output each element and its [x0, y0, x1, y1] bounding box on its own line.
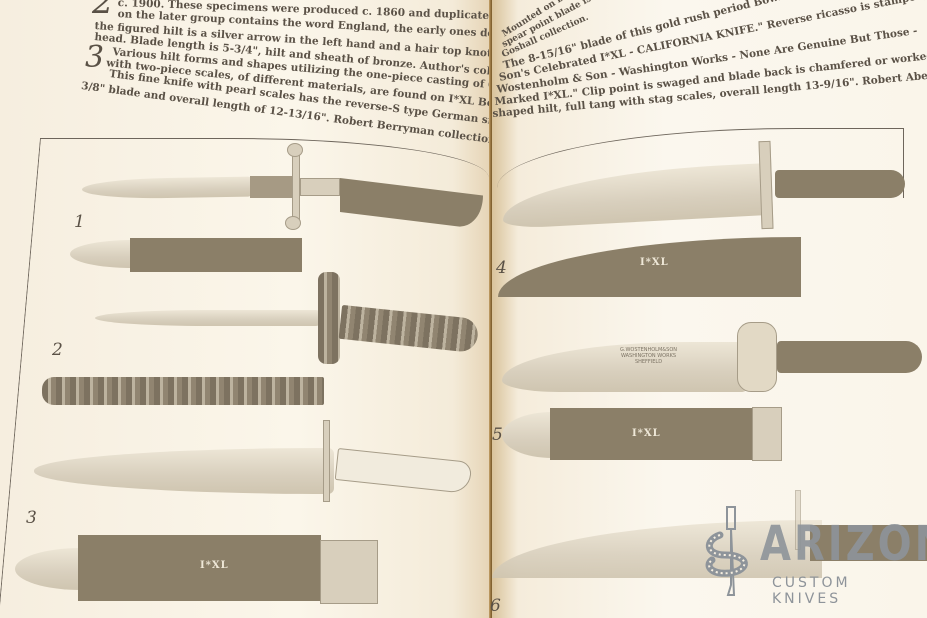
- plate-number: 3: [26, 508, 37, 528]
- bowie-guard: [323, 420, 330, 502]
- plate-number: 6: [490, 596, 501, 616]
- dagger-figural-guard: [318, 272, 340, 364]
- blade-stamp: G.WOSTENHOLM&SON WASHINGTON WORKS SHEFFI…: [620, 347, 677, 365]
- blade-stamp-line: SHEFFIELD: [620, 359, 677, 365]
- snake-dagger-icon: [700, 505, 760, 600]
- ornate-sheath: [42, 377, 324, 405]
- guard-finial: [287, 143, 303, 157]
- dagger-blade: [95, 310, 320, 326]
- watermark-logo: ARIZONA CUSTOM KNIVES: [700, 505, 920, 605]
- knife-ferrule: [300, 178, 340, 196]
- sheath-throat: [752, 407, 782, 461]
- plate-number: 4: [496, 258, 507, 278]
- sheath-mark: I*XL: [640, 257, 669, 268]
- sheath-mark: I*XL: [200, 560, 229, 571]
- caption-number: 2: [92, 0, 114, 22]
- left-page: 2 c. 1900. These specimens were produced…: [0, 0, 492, 618]
- guard-finial: [285, 216, 301, 230]
- knife-ricasso: [250, 176, 295, 198]
- stag-handle: [777, 341, 922, 373]
- sheath-body: [130, 238, 302, 272]
- caption-number: 3: [85, 40, 104, 75]
- watermark-title: ARIZONA: [760, 517, 927, 572]
- scroll-guard: [737, 322, 777, 392]
- plate-number: 2: [52, 340, 63, 360]
- plate-number: 1: [74, 212, 85, 232]
- watermark-subtitle: CUSTOM KNIVES: [772, 575, 920, 607]
- knife-handle: [775, 170, 905, 198]
- sheath-throat: [320, 540, 378, 604]
- sheath-mark: I*XL: [632, 428, 661, 439]
